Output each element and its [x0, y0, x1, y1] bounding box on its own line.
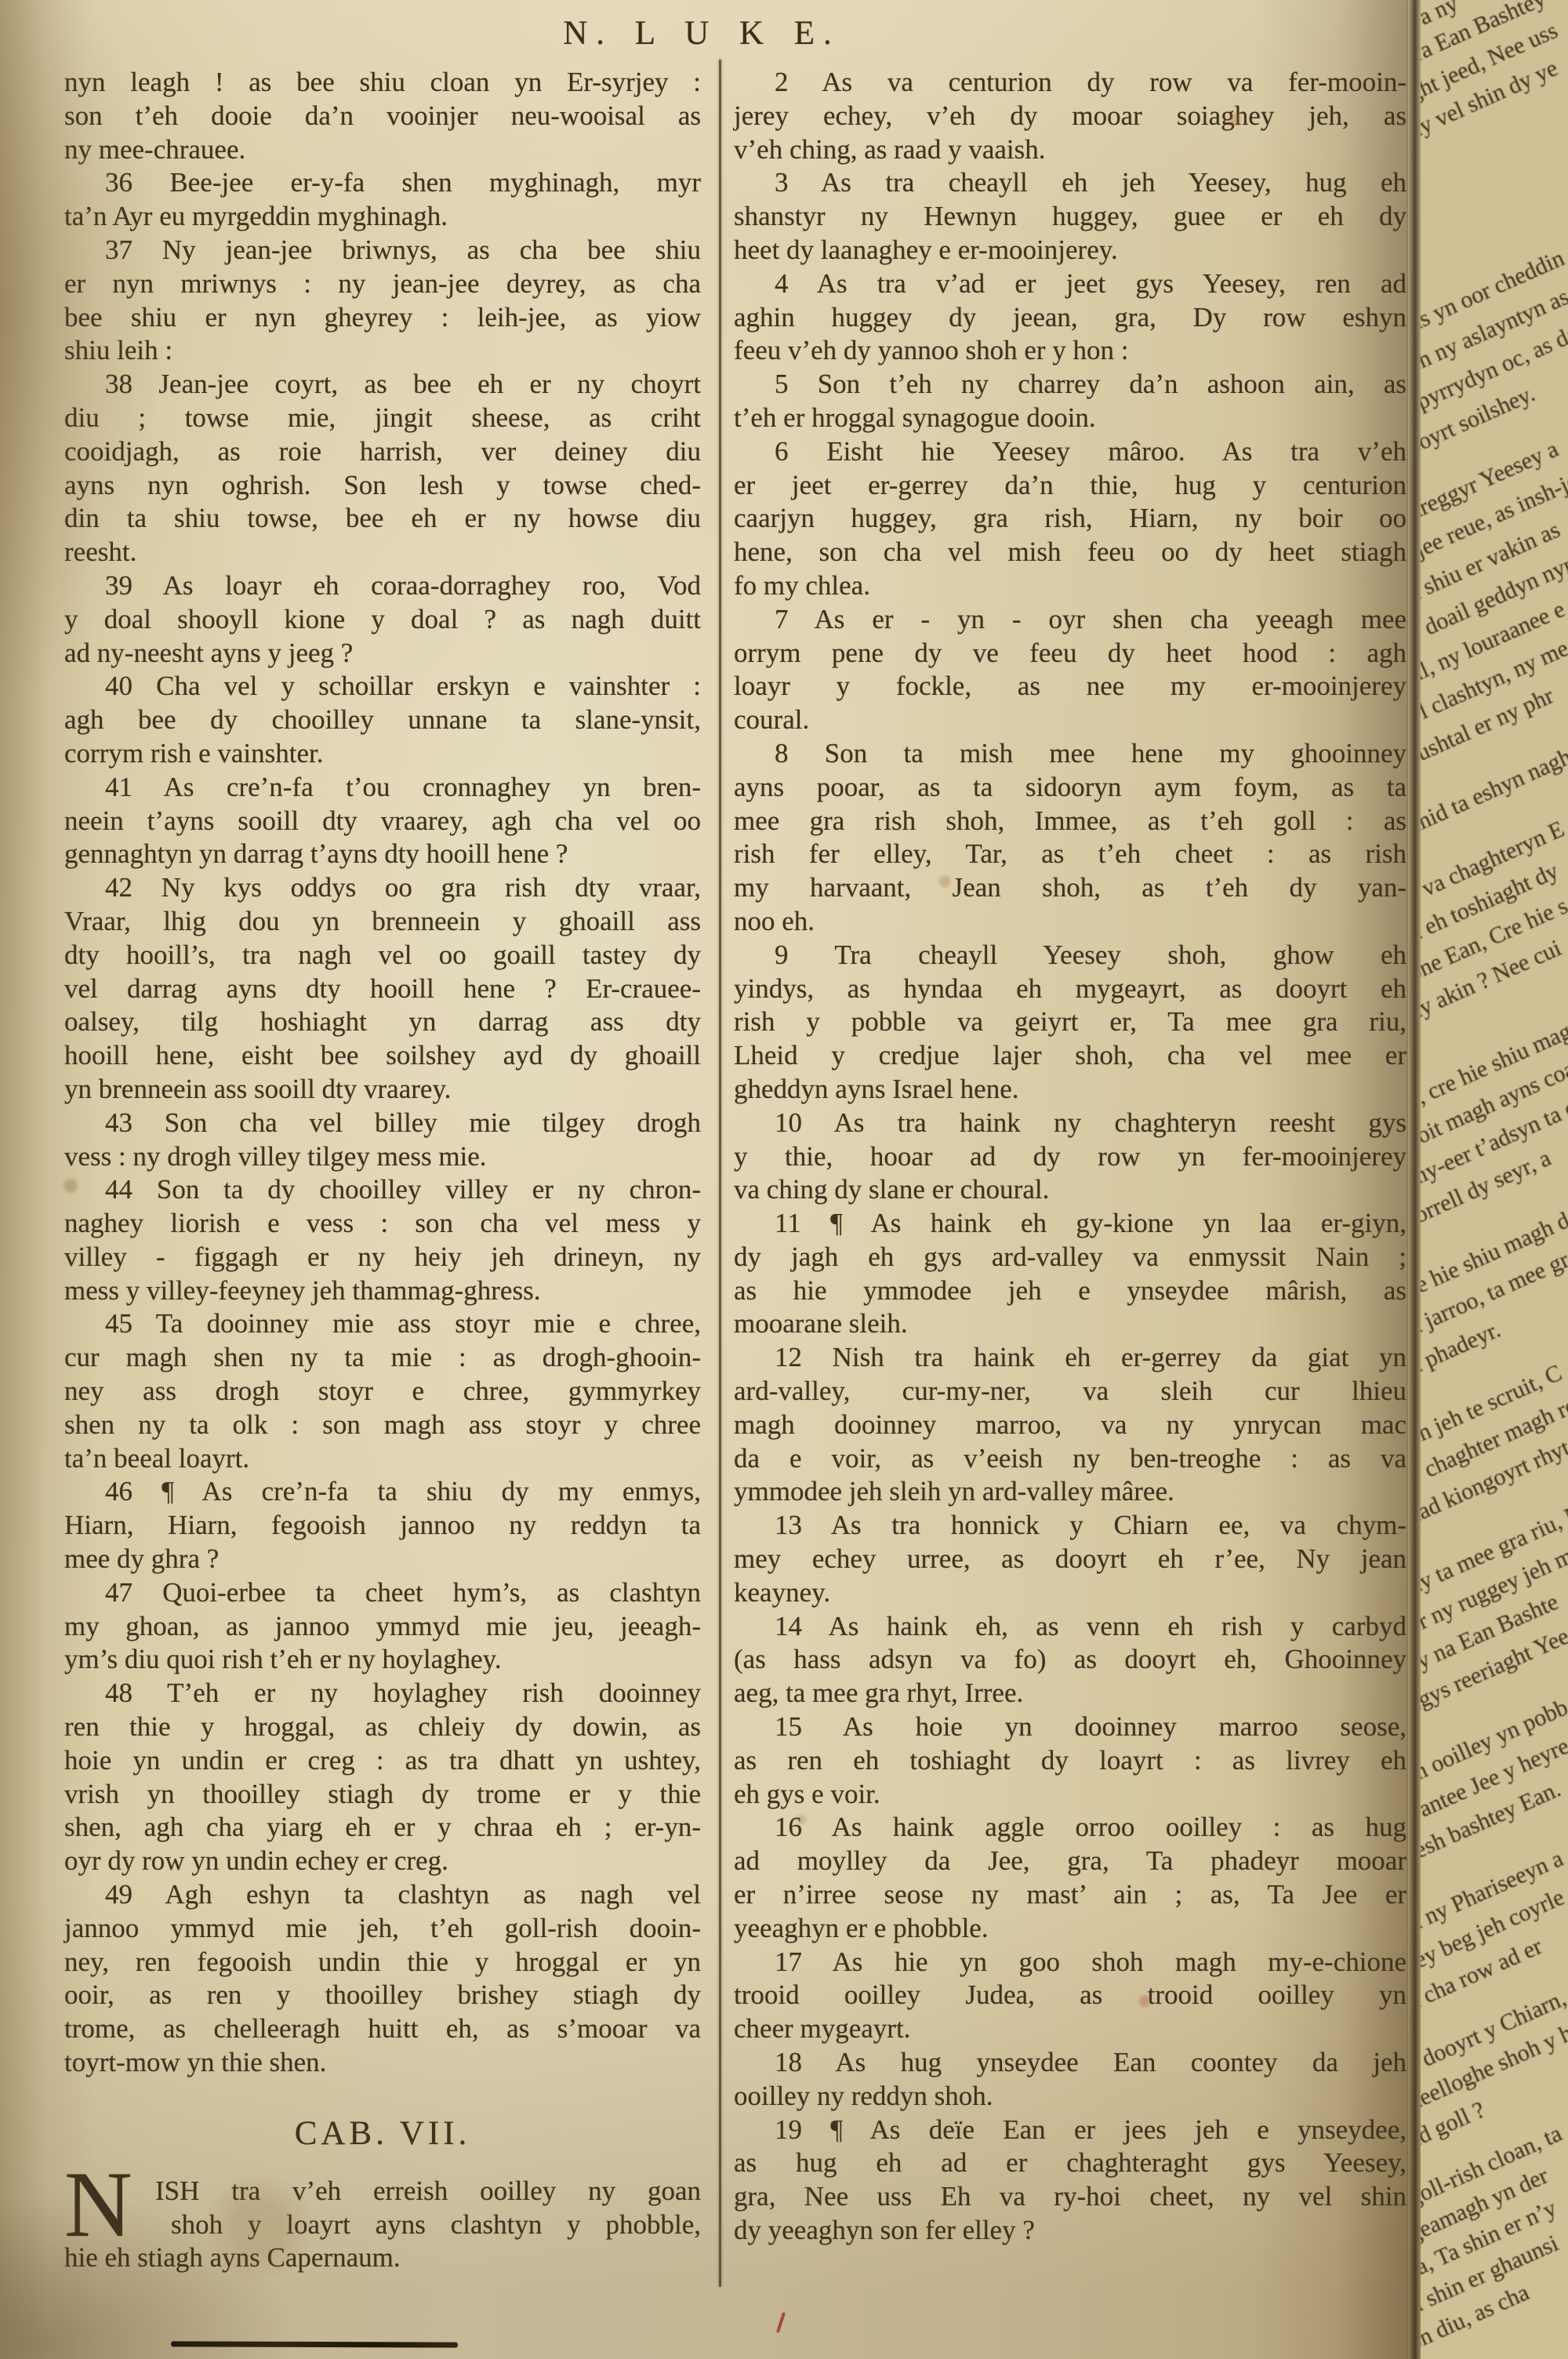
verse-line: 2 As va centurion dy row va fer-mooin-	[734, 66, 1406, 100]
verse-line: jannoo ymmyd mie jeh, t’eh goll-rish doo…	[64, 1912, 701, 1946]
verse-line: bee shiu er nyn gheyrey : leih-jee, as y…	[64, 301, 701, 335]
verse-line: toyrt-mow yn thie shen.	[64, 2046, 701, 2080]
verse-line: 48 T’eh er ny hoylaghey rish dooinney	[64, 1677, 701, 1710]
verse-line: 36 Bee-jee er-y-fa shen myghinagh, myr	[64, 166, 701, 200]
verse-line: 42 Ny kys oddys oo gra rish dty vraar,	[64, 871, 701, 905]
right-column-verses: 2 As va centurion dy row va fer-mooin-je…	[734, 66, 1406, 2248]
verse-line: din ta shiu towse, bee eh er ny howse di…	[64, 502, 701, 536]
verse-line: as hie ymmodee jeh e ynseydee mârish, as	[734, 1274, 1406, 1308]
verse-line: loayr y fockle, as nee my er-mooinjerey	[734, 670, 1406, 703]
verse-line: 47 Quoi-erbee ta cheet hym’s, as clashty…	[64, 1576, 701, 1610]
verse-line: corrym rish e vainshter.	[64, 737, 701, 771]
verse-line: dy yeeaghyn son fer elley ?	[734, 2214, 1406, 2248]
verse-line: 46 ¶ As cre’n-fa ta shiu dy my enmys,	[64, 1475, 701, 1509]
verse-line: oalsey, tilg hoshiaght yn darrag ass dty	[64, 1005, 701, 1039]
verse-line: shiu leih :	[64, 334, 701, 368]
verse-line: nyn leagh ! as bee shiu cloan yn Er-syrj…	[64, 66, 701, 100]
verse-line: ayns nyn oghrish. Son lesh y towse ched-	[64, 469, 701, 503]
verse-line: vel darrag ayns dty hooill hene ? Er-cra…	[64, 972, 701, 1006]
verse-line: mooarane sleih.	[734, 1307, 1406, 1341]
verse-line: 44 Son ta dy chooilley villey er ny chro…	[64, 1173, 701, 1207]
book-page: N. L U K E. nyn leagh ! as bee shiu cloa…	[0, 0, 1568, 2359]
verse-line: hie eh stiagh ayns Capernaum.	[64, 2241, 701, 2275]
verse-line: 9 Tra cheayll Yeesey shoh, ghow eh	[734, 939, 1406, 972]
verse-line: hooill hene, eisht bee soilshey ayd dy g…	[64, 1039, 701, 1073]
verse-line: er n’irree seose ny mast’ ain ; as, Ta J…	[734, 1878, 1406, 1912]
chapter-heading: CAB. VII.	[64, 2114, 701, 2153]
right-column: 2 As va centurion dy row va fer-mooin-je…	[734, 66, 1406, 2248]
verse-line: (as hass adsyn va fo) as dooyrt eh, Ghoo…	[734, 1643, 1406, 1677]
verse-line: villey - figgagh er ny heiy jeh drineyn,…	[64, 1241, 701, 1274]
verse-line: er jeet er-gerrey da’n thie, hug y centu…	[734, 469, 1406, 503]
verse-line: as ren eh toshiaght dy loayrt : as livre…	[734, 1744, 1406, 1778]
verse-line: 19 ¶ As deïe Ean er jees jeh e ynseydee,	[734, 2114, 1406, 2147]
verse-line: ooilley ny reddyn shoh.	[734, 2080, 1406, 2114]
verse-line: t’eh er hroggal synagogue dooin.	[734, 402, 1406, 435]
verse-line: 3 As tra cheayll eh jeh Yeesey, hug eh	[734, 166, 1406, 200]
verse-line: 45 Ta dooinney mie ass stoyr mie e chree…	[64, 1307, 701, 1341]
drop-cap-letter: N	[64, 2165, 132, 2244]
verse-line: shen, agh cha yiarg eh er y chraa eh ; e…	[64, 1811, 701, 1845]
verse-line: 5 Son t’eh ny charrey da’n ashoon ain, a…	[734, 368, 1406, 402]
verse-line: Lheid y credjue lajer shoh, cha vel mee …	[734, 1039, 1406, 1073]
verse-line: ad ny-neesht ayns y jeeg ?	[64, 637, 701, 671]
verse-line: ym’s diu quoi rish t’eh er ny hoylaghey.	[64, 1643, 701, 1677]
verse-line: 37 Ny jean-jee briwnys, as cha bee shiu	[64, 234, 701, 267]
verse-line: ard-valley, cur-my-ner, va sleih cur lhi…	[734, 1375, 1406, 1408]
verse-line: mey echey urree, as dooyrt eh r’ee, Ny j…	[734, 1543, 1406, 1576]
verse-line: 39 As loayr eh coraa-dorraghey roo, Vod	[64, 569, 701, 603]
verse-line: cheer mygeayrt.	[734, 2012, 1406, 2046]
verse-line: ta’n Ayr eu myrgeddin myghinagh.	[64, 200, 701, 234]
verse-line: feeu v’eh dy yannoo shoh er y hon :	[734, 334, 1406, 368]
page-header: N. L U K E.	[0, 14, 1403, 53]
verse-line: v’eh ching, as raad y vaaish.	[734, 133, 1406, 167]
running-title: N. L U K E.	[563, 15, 840, 52]
verse-line: magh dooinney marroo, va ny ynrycan mac	[734, 1408, 1406, 1442]
verse-line: hoie yn undin er creg : as tra dhatt yn …	[64, 1744, 701, 1778]
verse-line: reesht.	[64, 536, 701, 569]
verse-line: ISH tra v’eh erreish ooilley ny goan	[64, 2175, 701, 2208]
verse-line: mee gra rish shoh, Immee, as t’eh goll :…	[734, 805, 1406, 838]
verse-line: eh gys e voir.	[734, 1778, 1406, 1812]
verse-line: vess : ny drogh villey tilgey mess mie.	[64, 1140, 701, 1174]
verse-line: shoh y loayrt ayns clashtyn y phobble,	[64, 2208, 701, 2242]
verse-line: 8 Son ta mish mee hene my ghooinney	[734, 737, 1406, 771]
left-column-verses: nyn leagh ! as bee shiu cloan yn Er-syrj…	[64, 66, 701, 2080]
chapter-opening: N ISH tra v’eh erreish ooilley ny goan s…	[64, 2175, 701, 2275]
verse-line: diu ; towse mie, jingit sheese, as criht	[64, 402, 701, 435]
left-column: nyn leagh ! as bee shiu cloan yn Er-syrj…	[64, 66, 701, 2275]
verse-line: va ching dy slane er choural.	[734, 1173, 1406, 1207]
verse-line: ad moylley da Jee, gra, Ta phadeyr mooar	[734, 1845, 1406, 1878]
verse-line: ney ass drogh stoyr e chree, gymmyrkey	[64, 1375, 701, 1408]
verse-line: yindys, as hyndaa eh mygeayrt, as dooyrt…	[734, 972, 1406, 1006]
verse-line: 41 As cre’n-fa t’ou cronnaghey yn bren-	[64, 771, 701, 805]
verse-line: son t’eh dooie da’n vooinjer neu-wooisal…	[64, 100, 701, 133]
verse-line: 16 As haink aggle orroo ooilley : as hug	[734, 1811, 1406, 1845]
verse-line: Hiarn, Hiarn, fegooish jannoo ny reddyn …	[64, 1509, 701, 1543]
verse-line: orrym pene dy ve feeu dy heet hood : agh	[734, 637, 1406, 671]
verse-line: mess y villey-feeyney jeh thammag-ghress…	[64, 1274, 701, 1308]
verse-line: agh bee dy chooilley unnane ta slane-yns…	[64, 703, 701, 737]
verse-line: naghey liorish e vess : son cha vel mess…	[64, 1207, 701, 1241]
verse-line: heet dy laanaghey e er-mooinjerey.	[734, 234, 1406, 267]
verse-line: aghin huggey dy jeean, gra, Dy row eshyn	[734, 301, 1406, 335]
verse-line: 12 Nish tra haink eh er-gerrey da giat y…	[734, 1341, 1406, 1375]
verse-line: 49 Agh eshyn ta clashtyn as nagh vel	[64, 1878, 701, 1912]
verse-line: caarjyn huggey, gra rish, Hiarn, ny boir…	[734, 502, 1406, 536]
adjacent-page-edge: va nyTa Ean Bashteyght jeed, Nee ussny v…	[1421, 0, 1568, 2359]
verse-line: 13 As tra honnick y Chiarn ee, va chym-	[734, 1509, 1406, 1543]
verse-line: 43 Son cha vel billey mie tilgey drogh	[64, 1107, 701, 1140]
verse-line: gra, Nee uss Eh va ry-hoi cheet, ny vel …	[734, 2180, 1406, 2214]
verse-line: 10 As tra haink ny chaghteryn reesht gys	[734, 1107, 1406, 1140]
verse-line: oyr dy row yn undin echey er creg.	[64, 1845, 701, 1878]
verse-line: aeg, ta mee gra rhyt, Irree.	[734, 1677, 1406, 1710]
bottom-ink-mark	[171, 2341, 458, 2347]
verse-line: 15 As hoie yn dooinney marroo seose,	[734, 1710, 1406, 1744]
verse-line: my harvaant, Jean shoh, as t’eh dy yan-	[734, 871, 1406, 905]
verse-line: 11 ¶ As haink eh gy-kione yn laa er-giyn…	[734, 1207, 1406, 1241]
verse-line: vrish yn thooilley stiagh dy trome er y …	[64, 1778, 701, 1812]
verse-line: ta’n beeal loayrt.	[64, 1442, 701, 1476]
verse-line: yn brenneein ass sooill dty vraarey.	[64, 1073, 701, 1107]
verse-line: gennaghtyn yn darrag t’ayns dty hooill h…	[64, 838, 701, 871]
verse-line: coural.	[734, 703, 1406, 737]
verse-line: ny mee-chrauee.	[64, 133, 701, 167]
verse-line: noo eh.	[734, 905, 1406, 939]
verse-line: rish y pobble va geiyrt er, Ta mee gra r…	[734, 1005, 1406, 1039]
verse-line: rish fer elley, Tar, as t’eh cheet : as …	[734, 838, 1406, 871]
verse-line: cooidjagh, as roie harrish, ver deiney d…	[64, 435, 701, 469]
verse-line: ren thie y hroggal, as chleiy dy dowin, …	[64, 1710, 701, 1744]
verse-line: 18 As hug ynseydee Ean coontey da jeh	[734, 2046, 1406, 2080]
verse-line: yeeaghyn er e phobble.	[734, 1912, 1406, 1946]
verse-line: dty hooill’s, tra nagh vel oo goaill tas…	[64, 939, 701, 972]
column-divider-rule	[719, 60, 721, 2287]
verse-line: my ghoan, as jannoo ymmyd mie jeu, jeeag…	[64, 1610, 701, 1644]
verse-line: mee dy ghra ?	[64, 1543, 701, 1576]
verse-line: Vraar, lhig dou yn brenneein y ghoaill a…	[64, 905, 701, 939]
verse-line: fo my chlea.	[734, 569, 1406, 603]
verse-line: 17 As hie yn goo shoh magh my-e-chione	[734, 1946, 1406, 1979]
adjacent-page-text: va nyTa Ean Bashteyght jeed, Nee ussny v…	[1421, 0, 1568, 2359]
verse-line: shen ny ta olk : son magh ass stoyr y ch…	[64, 1408, 701, 1442]
verse-line: jerey echey, v’eh dy mooar soiaghey jeh,…	[734, 100, 1406, 133]
verse-line: 38 Jean-jee coyrt, as bee eh er ny choyr…	[64, 368, 701, 402]
verse-line: y doal shooyll kione y doal ? as nagh du…	[64, 603, 701, 637]
verse-line: ymmodee jeh sleih yn ard-valley mâree.	[734, 1475, 1406, 1509]
red-pen-mark	[776, 2312, 786, 2333]
verse-line: dy jagh eh gys ard-valley va enmyssit Na…	[734, 1241, 1406, 1274]
verse-line: 6 Eisht hie Yeesey mâroo. As tra v’eh	[734, 435, 1406, 469]
verse-line: neein t’ayns sooill dty vraarey, agh cha…	[64, 805, 701, 838]
verse-line: hene, son cha vel mish feeu oo dy heet s…	[734, 536, 1406, 569]
verse-line: trome, as chelleeragh huitt eh, as s’moo…	[64, 2012, 701, 2046]
verse-line: trooid ooilley Judea, as trooid ooilley …	[734, 1979, 1406, 2012]
verse-line: y thie, hooar ad dy row yn fer-mooinjere…	[734, 1140, 1406, 1174]
verse-line: 14 As haink eh, as venn eh rish y carbyd	[734, 1610, 1406, 1644]
verse-line: ney, ren fegooish undin thie y hroggal e…	[64, 1946, 701, 1979]
verse-line: er nyn mriwnys : ny jean-jee deyrey, as …	[64, 267, 701, 301]
verse-line: 7 As er - yn - oyr shen cha yeeagh mee	[734, 603, 1406, 637]
verse-line: as hug eh ad er chaghteraght gys Yeesey,	[734, 2146, 1406, 2180]
verse-line: gheddyn ayns Israel hene.	[734, 1073, 1406, 1107]
verse-line: cur magh shen ny ta mie : as drogh-ghooi…	[64, 1341, 701, 1375]
verse-line: ooir, as ren y thooilley brishey stiagh …	[64, 1979, 701, 2012]
verse-line: 4 As tra v’ad er jeet gys Yeesey, ren ad	[734, 267, 1406, 301]
verse-line: da e voir, as v’eeish ny ben-treoghe : a…	[734, 1442, 1406, 1476]
verse-line: ayns pooar, as ta sidooryn aym foym, as …	[734, 771, 1406, 805]
verse-line: 40 Cha vel y schoillar erskyn e vainshte…	[64, 670, 701, 703]
verse-line: keayney.	[734, 1576, 1406, 1610]
verse-line: shanstyr ny Hewnyn huggey, guee er eh dy	[734, 200, 1406, 234]
